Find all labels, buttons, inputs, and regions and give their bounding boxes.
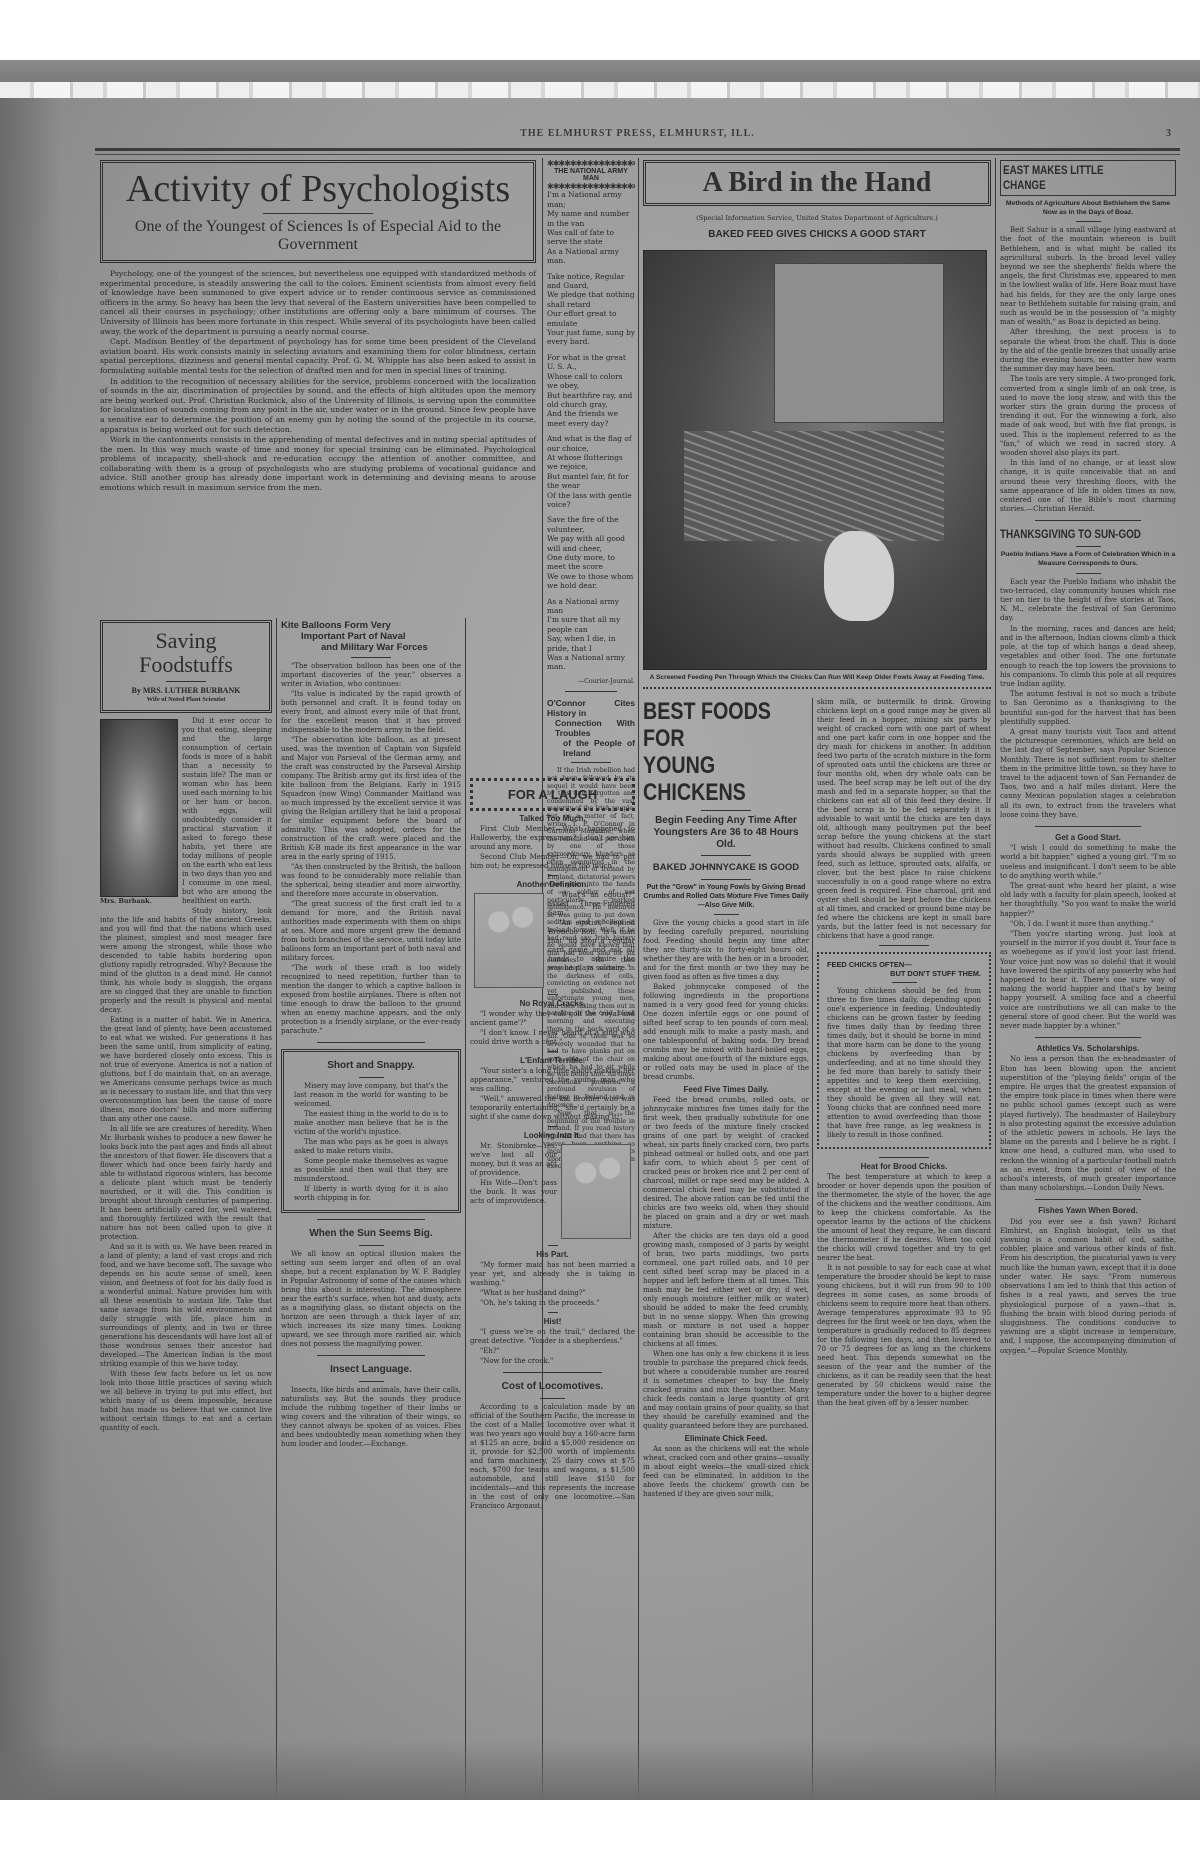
joke-line: "Now for the crook." bbox=[470, 1357, 635, 1366]
deck: Begin Feeding Any Time After Youngsters … bbox=[643, 815, 809, 851]
poem-stanza: Save the fire of the volunteer,We pay wi… bbox=[547, 515, 635, 590]
joke-line: "I guess we're on the trail," declared t… bbox=[470, 1328, 635, 1346]
paragraph: The easiest thing in the world to do is … bbox=[294, 1110, 448, 1137]
paragraph: Feed the bread crumbs, rolled oats, or j… bbox=[643, 1096, 809, 1231]
column-for-a-laugh: FOR A LAUGH Talked Too Much.First Club M… bbox=[470, 778, 635, 1512]
paragraph: According to a calculation made by an of… bbox=[470, 1403, 635, 1511]
jokes-list: Talked Too Much.First Club Member—What h… bbox=[470, 814, 635, 1366]
joke-line: "What is her husband doing?" bbox=[470, 1289, 635, 1298]
column-kite-balloons: Kite Balloons Form Very Important Part o… bbox=[281, 620, 461, 1450]
poem-stanza: Take notice, Regular and Guard,We pledge… bbox=[547, 272, 635, 347]
poem-line: But hearthfire ray, and old church gray, bbox=[547, 391, 635, 410]
column-right: EAST MAKES LITTLE CHANGE Methods of Agri… bbox=[1000, 160, 1176, 1357]
poem-line: As a National army man. bbox=[547, 247, 635, 266]
masthead-rule-thin bbox=[95, 154, 1180, 155]
joke-title: Another Definition. bbox=[470, 880, 635, 889]
rule bbox=[1035, 1199, 1141, 1200]
poem-line: We pay with all good will and cheer, bbox=[547, 534, 635, 553]
rule bbox=[359, 1245, 384, 1246]
rule bbox=[166, 681, 206, 682]
paragraph: skim milk, or buttermilk to drink. Growi… bbox=[817, 698, 991, 941]
rule bbox=[1076, 221, 1101, 222]
joke-title: Talked Too Much. bbox=[470, 814, 635, 823]
poem-line: Our effort great to emulate bbox=[547, 309, 635, 328]
headline-line: Saving bbox=[107, 629, 265, 653]
paragraph: "The observation balloon has been one of… bbox=[281, 662, 461, 689]
rule bbox=[1076, 546, 1101, 547]
paragraph: No less a person than the ex-headmaster … bbox=[1000, 1055, 1176, 1193]
rule bbox=[548, 875, 558, 876]
photo-caption: A Screened Feeding Pen Through Which the… bbox=[643, 674, 991, 682]
paragraph: We all know an optical illusion makes th… bbox=[281, 1250, 461, 1349]
paragraph: After the chicks are ten days old a good… bbox=[643, 1232, 809, 1349]
poem-line: Of the lass with gentle voice? bbox=[547, 491, 635, 510]
headline-line: and Military War Forces bbox=[281, 642, 461, 653]
column-divider bbox=[638, 158, 639, 1798]
paragraph: In the morning, races and dances are hel… bbox=[1000, 625, 1176, 689]
poem-line: Say, when I die, in pride, that I bbox=[547, 634, 635, 653]
deck: BAKED JOHNNYCAKE IS GOOD bbox=[643, 860, 809, 875]
page-shadow-bottom bbox=[0, 1740, 1200, 1800]
headline-line: of the People of Ireland bbox=[547, 738, 635, 758]
paragraph: "I wish I could do something to make the… bbox=[1000, 844, 1176, 881]
paragraph: "Then you're starting wrong. Just look a… bbox=[1000, 930, 1176, 1031]
rule bbox=[359, 1381, 384, 1382]
rule bbox=[548, 1051, 558, 1052]
paragraph: "Its value is indicated by the rapid gro… bbox=[281, 690, 461, 735]
poem-line: Was a National army man. bbox=[547, 653, 635, 672]
subhead: Eliminate Chick Feed. bbox=[643, 1434, 809, 1443]
source-line: (Special Information Service, United Sta… bbox=[643, 214, 991, 224]
rule bbox=[879, 945, 929, 946]
masthead: THE ELMHURST PRESS, ELMHURST, ILL. 3 bbox=[95, 128, 1180, 148]
masthead-title: THE ELMHURST PRESS, ELMHURST, ILL. bbox=[520, 128, 755, 139]
rule bbox=[548, 1245, 558, 1246]
subhead: Insect Language. bbox=[281, 1362, 461, 1377]
headline-line: Foodstuffs bbox=[107, 653, 265, 677]
rule bbox=[1035, 1037, 1141, 1038]
portrait: Mrs. Burbank. bbox=[100, 719, 178, 906]
paragraph: It is not possible to say for each case … bbox=[817, 1264, 991, 1408]
poem-line: Your just fame, sung by every bard. bbox=[547, 328, 635, 347]
feeding-pen bbox=[684, 431, 944, 541]
paragraph: "The great success of the first craft le… bbox=[281, 900, 461, 963]
poem-line: We owe to those whom we hold dear. bbox=[547, 572, 635, 591]
rule bbox=[548, 994, 558, 995]
paragraph: With these few facts before us let us no… bbox=[100, 1370, 272, 1433]
kite-headline: Kite Balloons Form Very Important Part o… bbox=[281, 620, 461, 653]
paragraph: "Oh, I do. I want it more than anything.… bbox=[1000, 920, 1176, 929]
paragraph: The autumn festival is not so much a tri… bbox=[1000, 690, 1176, 727]
subhead: Heat for Brood Chicks. bbox=[817, 1162, 991, 1171]
byline: By MRS. LUTHER BURBANK bbox=[107, 686, 265, 695]
article-best-foods-continued: skim milk, or buttermilk to drink. Growi… bbox=[817, 698, 991, 1409]
short-and-snappy-box: Short and Snappy. Misery may love compan… bbox=[281, 1049, 461, 1213]
poem-stanza: As a National army manI'm sure that all … bbox=[547, 597, 635, 672]
poem-stanza: And what is the flag of our choice,At wh… bbox=[547, 434, 635, 509]
wavy-rule bbox=[643, 687, 991, 690]
joke-line: "Well," answered the kid brother who was… bbox=[470, 1095, 635, 1122]
paragraph: Work in the cantonments consists in the … bbox=[100, 435, 536, 493]
headline-line: Important Part of Naval bbox=[281, 631, 461, 642]
article-body: Psychology, one of the youngest of the s… bbox=[100, 269, 536, 493]
poem-line: Save the fire of the volunteer, bbox=[547, 515, 635, 534]
joke-line: "I wonder why they call golf the 'royal … bbox=[470, 1010, 635, 1028]
rule bbox=[701, 810, 751, 811]
rule bbox=[1076, 573, 1101, 574]
headline-line: Connection With Troubles bbox=[547, 718, 635, 738]
joke-line: "Oh, he's taking in the proceeds." bbox=[470, 1299, 635, 1308]
hen bbox=[824, 531, 894, 621]
rule bbox=[503, 1372, 602, 1373]
poem-line: At whose flutterings we rejoice, bbox=[547, 453, 635, 472]
rule bbox=[548, 1312, 558, 1313]
subhead: Athletics Vs. Scholarships. bbox=[1000, 1044, 1176, 1053]
star-border: ✱✱✱✱✱✱✱✱✱✱✱✱✱✱✱✱✱✱✱✱✱ bbox=[547, 160, 635, 168]
rule bbox=[263, 213, 373, 214]
poem-line: We pledge that nothing shall retard bbox=[547, 290, 635, 309]
poem-title: THE NATIONAL ARMY MAN bbox=[547, 168, 635, 183]
rule bbox=[701, 855, 751, 856]
torn-paper-strip bbox=[0, 82, 1200, 98]
paragraph: If liberty is worth dying for it is also… bbox=[294, 1185, 448, 1203]
section-title: FOR A LAUGH bbox=[508, 787, 597, 802]
rule bbox=[1035, 520, 1141, 521]
article-best-foods: BEST FOODS FOR YOUNG CHICKENS Begin Feed… bbox=[643, 698, 809, 1500]
rule bbox=[540, 1398, 565, 1399]
headline-line: YOUNG CHICKENS bbox=[643, 752, 779, 806]
paragraph: And so it is with us. We have been reare… bbox=[100, 1243, 272, 1369]
paragraph: When one has only a few chickens it is l… bbox=[643, 1350, 809, 1431]
headline: THANKSGIVING TO SUN-GOD bbox=[1000, 527, 1144, 542]
poem-line: Take notice, Regular and Guard, bbox=[547, 272, 635, 291]
headline-box: Saving Foodstuffs By MRS. LUTHER BURBANK… bbox=[100, 620, 272, 713]
rule bbox=[892, 982, 917, 983]
joke-title: Hist! bbox=[470, 1317, 635, 1326]
cartoon-illustration bbox=[561, 1144, 631, 1239]
poem-line: For what is the great U. S. A., bbox=[547, 353, 635, 372]
deck: Put the "Grow" in Young Fowls by Giving … bbox=[643, 884, 809, 910]
joke-line: "Your sister's a long time about making … bbox=[470, 1067, 635, 1094]
article-saving-foodstuffs: Saving Foodstuffs By MRS. LUTHER BURBANK… bbox=[100, 620, 272, 1434]
deck: Pueblo Indians Have a Form of Celebratio… bbox=[1000, 551, 1176, 568]
masthead-rule bbox=[95, 148, 1180, 151]
paragraph: Each year the Pueblo Indians who inhabit… bbox=[1000, 578, 1176, 624]
paragraph: "As then constructed by the British, the… bbox=[281, 863, 461, 899]
joke-line: First Club Member—What happened to Hallo… bbox=[470, 825, 635, 852]
rule bbox=[317, 1219, 425, 1220]
subhead: When the Sun Seems Big. bbox=[281, 1226, 461, 1241]
headline-line: O'Connor Cites History in bbox=[547, 698, 635, 718]
article-body: Mrs. Burbank. Did it ever occur to you t… bbox=[100, 717, 272, 1433]
paragraph: Young chickens should be fed from three … bbox=[827, 987, 981, 1140]
paragraph: After threshing, the next process is to … bbox=[1000, 328, 1176, 374]
paragraph: The great-aunt who heard her plaint, a w… bbox=[1000, 882, 1176, 919]
portrait-caption: Mrs. Burbank. bbox=[100, 897, 178, 906]
chicken-feeding-photo bbox=[643, 250, 987, 670]
paragraph: Did you ever see a fish yawn? Richard El… bbox=[1000, 1218, 1176, 1356]
joke-line: "Eh?" bbox=[470, 1347, 635, 1356]
rule bbox=[548, 1126, 558, 1127]
box-title: Short and Snappy. bbox=[294, 1058, 448, 1073]
poem-line: Whose call to colors we obey, bbox=[547, 372, 635, 391]
paragraph: In all life we are creatures of heredity… bbox=[100, 1125, 272, 1242]
paragraph: A great many tourists visit Taos and att… bbox=[1000, 728, 1176, 820]
column-divider bbox=[465, 618, 466, 1798]
subhead: Cost of Locomotives. bbox=[470, 1379, 635, 1394]
joke-title: No Royal Cracks. bbox=[470, 999, 635, 1008]
column-divider bbox=[812, 698, 813, 1798]
for-a-laugh-banner: FOR A LAUGH bbox=[470, 778, 635, 811]
column-divider bbox=[995, 158, 996, 1798]
column-divider bbox=[276, 618, 277, 1798]
paragraph: The best temperature at which to keep a … bbox=[817, 1173, 991, 1263]
rule bbox=[714, 914, 739, 915]
article-bird-in-hand: A Bird in the Hand (Special Information … bbox=[643, 160, 991, 690]
headline: A Bird in the Hand bbox=[650, 167, 984, 199]
poem-line: And the friends we meet every day? bbox=[547, 409, 635, 428]
joke-line: Second Club Member—Oh, we had to put him… bbox=[470, 853, 635, 871]
byline-subtitle: Wife of Noted Plant Scientist bbox=[107, 695, 265, 704]
headline: EAST MAKES LITTLE CHANGE bbox=[1003, 163, 1142, 193]
page-number: 3 bbox=[1166, 128, 1172, 139]
headline-line: Kite Balloons Form Very bbox=[281, 620, 461, 631]
paragraph: Some people make themselves as vague as … bbox=[294, 1157, 448, 1184]
poem-stanzas: I'm a National army man;My name and numb… bbox=[547, 190, 635, 672]
paragraph: Eating is a matter of habit. We in Ameri… bbox=[100, 1016, 272, 1124]
rule bbox=[701, 879, 751, 880]
star-border: ✱✱✱✱✱✱✱✱✱✱✱✱✱✱✱✱✱✱✱✱✱ bbox=[547, 183, 635, 191]
subhead: Fishes Yawn When Bored. bbox=[1000, 1206, 1176, 1215]
poem-line: My name and number in the van bbox=[547, 209, 635, 228]
joke-line: "I don't know. I never heard of a king w… bbox=[470, 1029, 635, 1047]
poem-line: And what is the flag of our choice, bbox=[547, 434, 635, 453]
rule bbox=[1035, 826, 1141, 827]
poem-stanza: For what is the great U. S. A.,Whose cal… bbox=[547, 353, 635, 428]
paragraph: The tools are very simple. A two-pronged… bbox=[1000, 375, 1176, 458]
portrait-photo bbox=[100, 719, 178, 897]
joke-title: His Part. bbox=[470, 1250, 635, 1259]
headline-box: EAST MAKES LITTLE CHANGE bbox=[1000, 160, 1176, 196]
subhead: Get a Good Start. bbox=[1000, 833, 1176, 842]
oconnor-headline: O'Connor Cites History in Connection Wit… bbox=[547, 698, 635, 758]
subhead: Feed Five Times Daily. bbox=[643, 1085, 809, 1094]
poem-line: As a National army man bbox=[547, 597, 635, 616]
paragraph: In addition to the recognition of necess… bbox=[100, 377, 536, 435]
headline-box: Activity of Psychologists One of the You… bbox=[100, 160, 536, 263]
paragraph: Study history, look into the life and ha… bbox=[100, 907, 272, 1015]
poem-credit: —Courier-Journal. bbox=[547, 678, 635, 686]
paragraph: The man who pays as he goes is always as… bbox=[294, 1138, 448, 1156]
rule bbox=[571, 762, 611, 763]
paragraph: Misery may love company, but that's the … bbox=[294, 1082, 448, 1109]
feed-chicks-box: FEED CHICKS OFTEN— BUT DON'T STUFF THEM.… bbox=[817, 952, 991, 1149]
headline: Activity of Psychologists bbox=[109, 169, 527, 209]
paragraph: As soon as the chickens will eat the who… bbox=[643, 1445, 809, 1499]
rule bbox=[359, 1077, 384, 1078]
joke-title: L'Enfant Terrible. bbox=[470, 1056, 635, 1065]
joke-title: Looking Into It. bbox=[470, 1131, 635, 1140]
newspaper-page: THE ELMHURST PRESS, ELMHURST, ILL. 3 Act… bbox=[0, 98, 1200, 1800]
paragraph: Baked johnnycake composed of the followi… bbox=[643, 983, 809, 1082]
paragraph: "The observation kite balloon, as at pre… bbox=[281, 736, 461, 862]
joke-line: "My former maid has not been married a y… bbox=[470, 1261, 635, 1288]
cartoon-illustration bbox=[474, 893, 544, 988]
rule bbox=[317, 1042, 425, 1043]
rule bbox=[351, 657, 391, 658]
rule bbox=[565, 691, 618, 692]
rule bbox=[879, 1157, 929, 1158]
paragraph: In this land of no change, or at least s… bbox=[1000, 459, 1176, 514]
paragraph: Give the young chicks a good start in li… bbox=[643, 919, 809, 982]
paragraph: Capt. Madison Bentley of the department … bbox=[100, 337, 536, 375]
poem-line: One duty more, to meet the score bbox=[547, 553, 635, 572]
article-psychologists: Activity of Psychologists One of the You… bbox=[100, 160, 536, 494]
deck: Methods of Agriculture About Bethlehem t… bbox=[1000, 200, 1176, 217]
poem-line: I'm sure that all my people can bbox=[547, 615, 635, 634]
headline-box: A Bird in the Hand bbox=[643, 160, 991, 206]
subheadline: One of the Youngest of Sciences Is of Es… bbox=[109, 218, 527, 254]
poem-stanza: I'm a National army man;My name and numb… bbox=[547, 190, 635, 265]
paragraph: Insects, like birds and animals, have th… bbox=[281, 1386, 461, 1449]
subheadline: BAKED FEED GIVES CHICKS A GOOD START bbox=[643, 227, 991, 242]
paragraph: Beit Sahur is a small village lying east… bbox=[1000, 226, 1176, 327]
page-shadow bbox=[0, 98, 60, 1800]
paragraph: Psychology, one of the youngest of the s… bbox=[100, 269, 536, 336]
poem-line: Was call of fate to serve the state bbox=[547, 228, 635, 247]
rule bbox=[317, 1355, 425, 1356]
paragraph: "The work of these craft is too widely r… bbox=[281, 964, 461, 1036]
headline-line: BEST FOODS FOR bbox=[643, 698, 779, 752]
photo-inset bbox=[774, 263, 944, 423]
box-title-line: BUT DON'T STUFF THEM. bbox=[827, 969, 981, 978]
box-title-line: FEED CHICKS OFTEN— bbox=[827, 960, 981, 969]
poem-line: But mantel fair, fit for the wear bbox=[547, 472, 635, 491]
poem-line: I'm a National army man; bbox=[547, 190, 635, 209]
